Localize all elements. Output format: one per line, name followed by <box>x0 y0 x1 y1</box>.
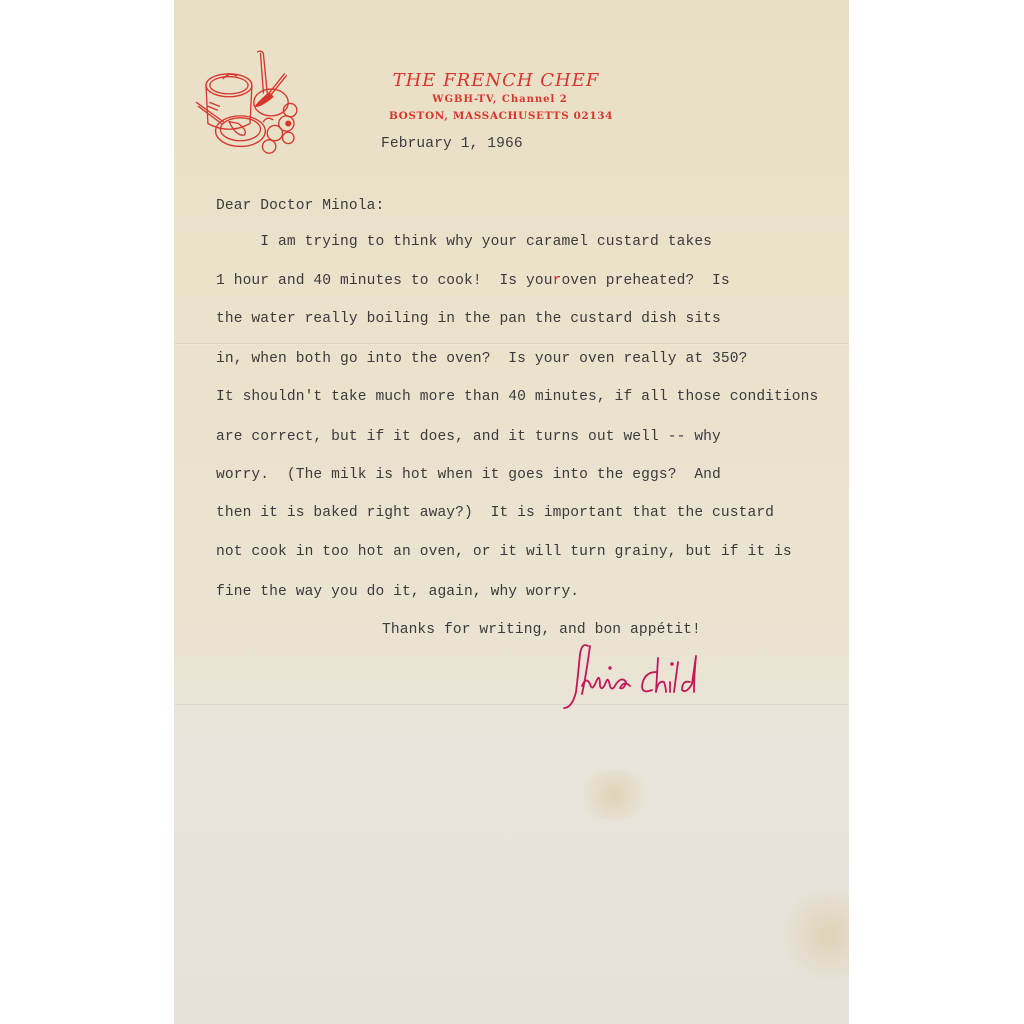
letter-date: February 1, 1966 <box>381 136 523 152</box>
letter-salutation: Dear Doctor Minola: <box>216 198 384 214</box>
body-line-4: in, when both go into the oven? Is your … <box>216 351 747 367</box>
letterhead-address: BOSTON, MASSACHUSETTS 02134 <box>362 108 640 124</box>
page: THE FRENCH CHEF WGBH-TV, Channel 2 BOSTO… <box>0 0 1024 1024</box>
paper-stain <box>784 880 849 990</box>
body-line-7: worry. (The milk is hot when it goes int… <box>216 467 721 483</box>
body-line-9: not cook in too hot an oven, or it will … <box>216 544 792 560</box>
body-line-6: are correct, but if it does, and it turn… <box>216 429 721 445</box>
letterhead-title: THE FRENCH CHEF <box>352 70 640 92</box>
signature-julia-child: Julia Child <box>560 636 730 716</box>
letterhead: THE FRENCH CHEF WGBH-TV, Channel 2 BOSTO… <box>380 70 640 124</box>
body-line-2-end: oven preheated? Is <box>561 273 729 289</box>
body-line-5: It shouldn't take much more than 40 minu… <box>216 389 818 405</box>
fold-line <box>174 704 849 706</box>
body-line-8: then it is baked right away?) It is impo… <box>216 505 774 521</box>
body-line-2: 1 hour and 40 minutes to cook! Is yourov… <box>216 273 730 289</box>
paper-stain <box>574 770 654 820</box>
body-line-3: the water really boiling in the pan the … <box>216 311 721 327</box>
letterhead-station: WGBH-TV, Channel 2 <box>360 92 640 108</box>
fold-line <box>174 343 849 345</box>
cookware-illustration-icon <box>192 47 308 157</box>
body-line-10: fine the way you do it, again, why worry… <box>216 584 579 600</box>
body-line-2-start: 1 hour and 40 minutes to cook! Is you <box>216 273 553 289</box>
body-line-1: I am trying to think why your caramel cu… <box>216 234 712 250</box>
